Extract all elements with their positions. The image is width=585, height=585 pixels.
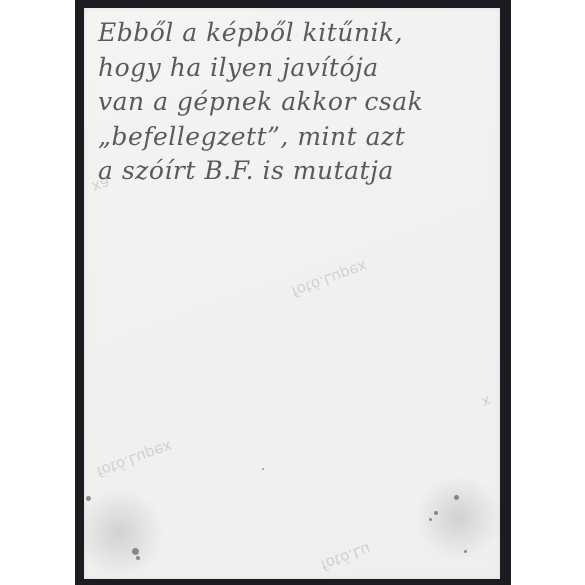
watermark: fotó.Lu — [318, 540, 373, 575]
note-line: „befellegzett”, mint azt — [98, 120, 498, 155]
dust-speck — [429, 518, 432, 521]
age-stain — [84, 488, 164, 578]
age-stain — [414, 478, 500, 558]
photo-back-card: Ebből a képből kitűnik, hogy ha ilyen ja… — [84, 8, 500, 579]
dust-speck — [136, 556, 140, 560]
dust-speck — [132, 548, 139, 555]
dust-speck — [454, 495, 459, 500]
dust-speck — [464, 550, 467, 553]
watermark: fotó.Lupex — [94, 437, 174, 481]
watermark: fotó.Lupex — [289, 257, 369, 301]
note-line: hogy ha ilyen javítója — [98, 51, 498, 86]
dust-speck — [86, 496, 91, 501]
note-line: a szóírt B.F. is mutatja — [98, 154, 498, 189]
handwritten-note: Ebből a képből kitűnik, hogy ha ilyen ja… — [98, 16, 498, 189]
watermark: x — [479, 392, 494, 412]
dust-speck — [262, 468, 264, 470]
dust-speck — [434, 511, 438, 515]
note-line: Ebből a képből kitűnik, — [98, 16, 498, 51]
note-line: van a gépnek akkor csak — [98, 85, 498, 120]
